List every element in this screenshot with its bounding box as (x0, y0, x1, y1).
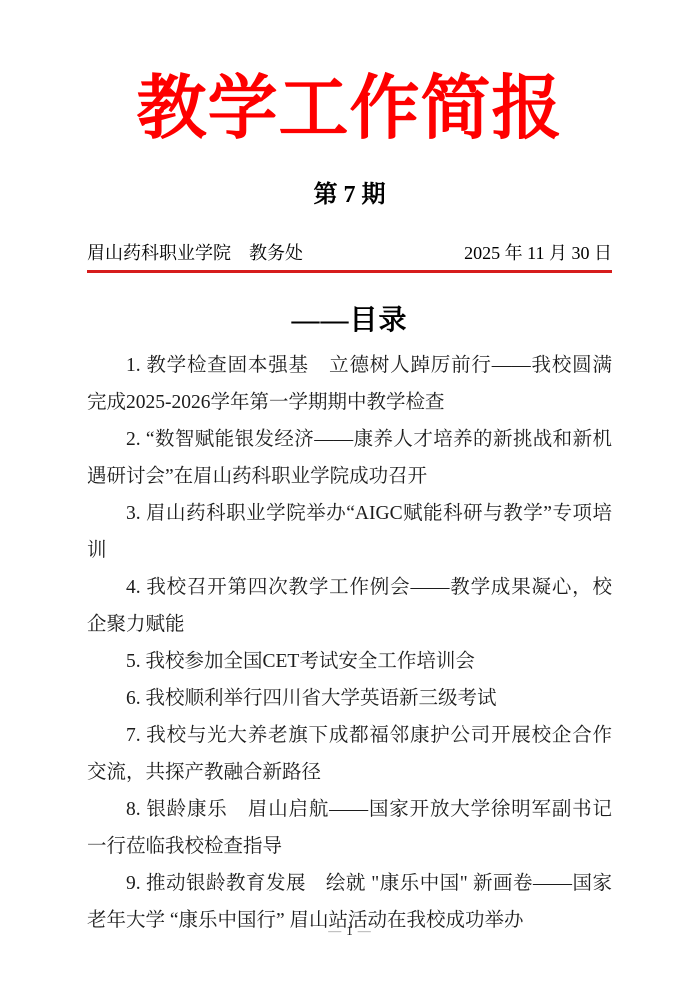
toc-item-7: 7. 我校与光大养老旗下成都福邻康护公司开展校企合作交流，共探产教融合新路径 (87, 717, 612, 791)
footer-dash-left: — (328, 923, 342, 938)
toc-item-4: 4. 我校召开第四次教学工作例会——教学成果凝心，校企聚力赋能 (87, 569, 612, 643)
toc-item-1: 1. 教学检查固本强基 立德树人踔厉前行——我校圆满完成2025-2026学年第… (87, 347, 612, 421)
toc-item-3: 3. 眉山药科职业学院举办“AIGC赋能科研与教学”专项培训 (87, 495, 612, 569)
page-footer: —1— (0, 923, 700, 939)
page-number: 1 (342, 923, 358, 938)
toc-item-8: 8. 银龄康乐 眉山启航——国家开放大学徐明军副书记一行莅临我校检查指导 (87, 791, 612, 865)
toc-heading: ——目录 (87, 303, 612, 339)
document-content: 教学工作简报 第 7 期 眉山药科职业学院 教务处 2025 年 11 月 30… (0, 64, 700, 939)
document-page: 教学工作简报 第 7 期 眉山药科职业学院 教务处 2025 年 11 月 30… (0, 0, 700, 989)
red-rule-divider (87, 270, 612, 273)
page-title: 教学工作简报 (87, 64, 612, 156)
masthead-row: 眉山药科职业学院 教务处 2025 年 11 月 30 日 (87, 242, 612, 270)
toc-item-5: 5. 我校参加全国CET考试安全工作培训会 (87, 643, 612, 680)
toc-list: 1. 教学检查固本强基 立德树人踔厉前行——我校圆满完成2025-2026学年第… (87, 347, 612, 939)
organization-name: 眉山药科职业学院 教务处 (87, 242, 303, 264)
footer-dash-right: — (358, 923, 372, 938)
issue-date: 2025 年 11 月 30 日 (464, 242, 612, 264)
issue-number: 第 7 期 (87, 180, 612, 210)
toc-item-2: 2. “数智赋能银发经济——康养人才培养的新挑战和新机遇研讨会”在眉山药科职业学… (87, 421, 612, 495)
toc-item-6: 6. 我校顺利举行四川省大学英语新三级考试 (87, 680, 612, 717)
